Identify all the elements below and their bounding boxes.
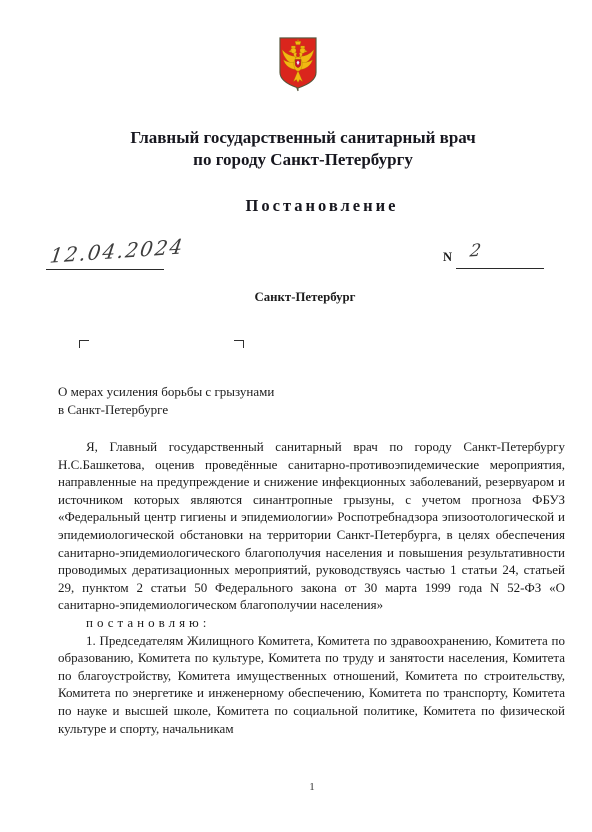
place-name: Санкт-Петербург xyxy=(9,290,592,305)
subject-line2: в Санкт-Петербурге xyxy=(58,401,274,419)
document-type-title: Постановление xyxy=(26,196,592,216)
number-label: N xyxy=(443,250,452,265)
issuer-line2: по городу Санкт-Петербургу xyxy=(7,149,592,171)
scanned-document-page: Главный государственный санитарный врач … xyxy=(0,0,592,832)
subject-line1: О мерах усиления борьбы с грызунами xyxy=(58,383,274,401)
date-underline xyxy=(46,243,164,270)
item-1-paragraph: 1. Председателям Жилищного Комитета, Ком… xyxy=(58,632,565,738)
coat-of-arms-icon xyxy=(277,35,319,93)
issuer-line1: Главный государственный санитарный врач xyxy=(7,127,592,149)
document-subject: О мерах усиления борьбы с грызунами в Са… xyxy=(58,383,274,419)
russia-coat-of-arms xyxy=(277,35,319,93)
frame-corner-left-icon xyxy=(79,340,89,348)
frame-corner-right-icon xyxy=(234,340,244,348)
document-body: Я, Главный государственный санитарный вр… xyxy=(58,438,565,737)
resolution-word: постановляю: xyxy=(58,614,565,632)
issuer-header: Главный государственный санитарный врач … xyxy=(7,127,592,171)
intro-paragraph: Я, Главный государственный санитарный вр… xyxy=(58,438,565,614)
page-number: 1 xyxy=(16,781,592,793)
handwritten-number: 2 xyxy=(469,240,485,261)
